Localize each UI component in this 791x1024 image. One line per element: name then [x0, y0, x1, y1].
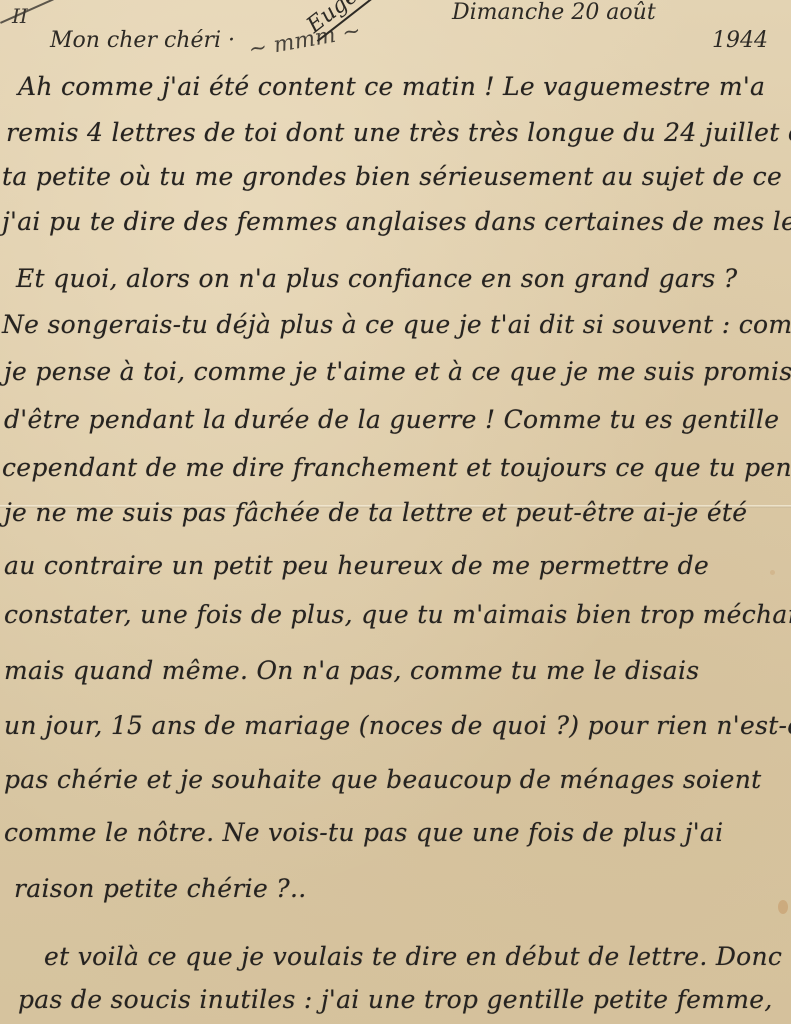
letter-line: et voilà ce que je voulais te dire en dé…	[44, 942, 791, 971]
letter-line: je ne me suis pas fâchée de ta lettre et…	[4, 498, 791, 527]
salutation-text: Mon cher chéri	[50, 28, 221, 53]
letter-year: 1944	[712, 28, 768, 53]
letter-line: pas chérie et je souhaite que beaucoup d…	[4, 765, 791, 794]
letter-line: Et quoi, alors on n'a plus confiance en …	[16, 264, 791, 293]
letter-line: un jour, 15 ans de mariage (noces de quo…	[4, 711, 791, 740]
letter-line: je pense à toi, comme je t'aime et à ce …	[4, 357, 791, 386]
letter-line: d'être pendant la durée de la guerre ! C…	[4, 405, 791, 434]
letter-line: cependant de me dire franchement et touj…	[2, 453, 791, 482]
letter-line: comme le nôtre. Ne vois-tu pas que une f…	[4, 818, 791, 847]
letter-line: constater, une fois de plus, que tu m'ai…	[4, 600, 791, 629]
letter-line: Ah comme j'ai été content ce matin ! Le …	[18, 72, 791, 101]
letter-line: mais quand même. On n'a pas, comme tu me…	[4, 656, 791, 685]
letter-line: au contraire un petit peu heureux de me …	[4, 551, 791, 580]
letter-date: Dimanche 20 août	[452, 0, 656, 25]
letter-line: Ne songerais-tu déjà plus à ce que je t'…	[2, 310, 791, 339]
letter-line: ta petite où tu me grondes bien sérieuse…	[2, 162, 791, 191]
letter-page: II Dimanche 20 août 1944 Mon cher chéri …	[0, 0, 791, 1024]
letter-line: remis 4 lettres de toi dont une très trè…	[6, 118, 791, 147]
letter-line: j'ai pu te dire des femmes anglaises dan…	[2, 207, 791, 236]
letter-line: raison petite chérie ?..	[14, 874, 791, 903]
letter-line: pas de soucis inutiles : j'ai une trop g…	[18, 985, 791, 1014]
